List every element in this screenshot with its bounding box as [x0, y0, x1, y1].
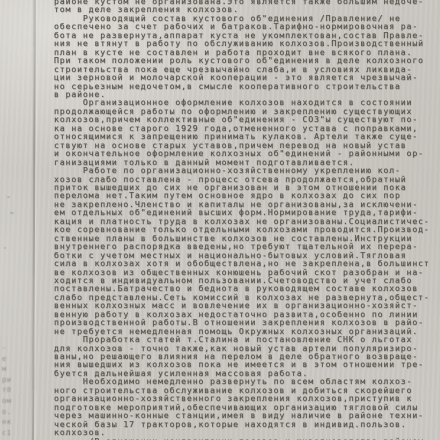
- paper-fold-line: [32, 0, 36, 440]
- paragraph: „/В отношении контрактации посевов и жив…: [54, 437, 440, 440]
- paper-speck: [7, 196, 10, 198]
- typewritten-text-block: районе кустом не организована.Это являет…: [54, 0, 440, 440]
- paper-speck: [10, 211, 14, 214]
- document-page: - е м ри т0 ом о. нк с1 районе кустом не…: [0, 0, 440, 440]
- paper-speck: [4, 247, 6, 249]
- margin-bleedthrough-marks: - е м ри т0 ом о. нк с1: [2, 343, 20, 438]
- paragraph: районе кустом не организована.Это являет…: [54, 0, 440, 14]
- paragraph: Проработка статей т.Сталина и постановле…: [54, 335, 440, 377]
- paragraph: Необходимо немедленно развернуть по всем…: [54, 377, 440, 436]
- paragraph: Работе по организационно-хозяйственному …: [54, 166, 440, 335]
- paragraph: Руководящий состав кустового об"единения…: [54, 14, 440, 99]
- paragraph: Организационное оформление колхозов нахо…: [54, 98, 440, 166]
